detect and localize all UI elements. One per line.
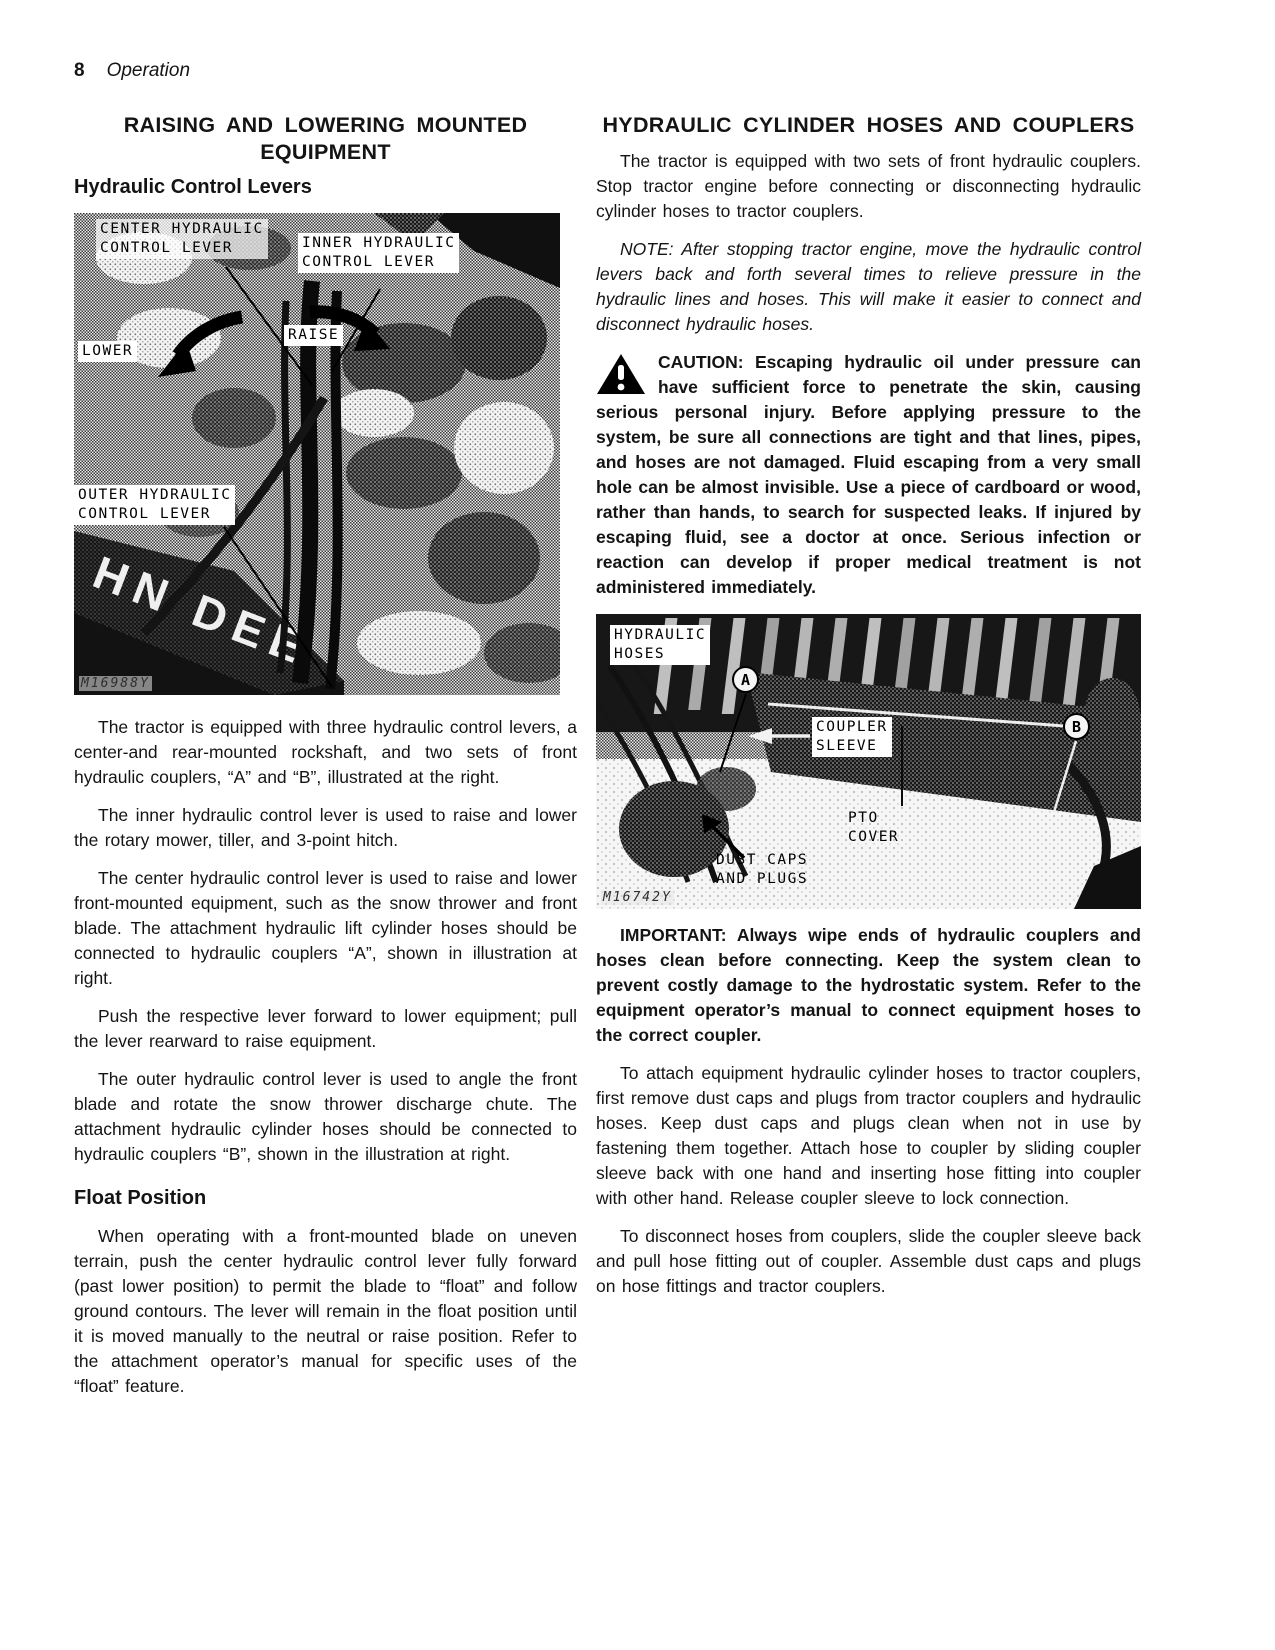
- section-title: Operation: [107, 60, 190, 82]
- paragraph: The outer hydraulic control lever is use…: [74, 1067, 577, 1167]
- photo-label-pto-cover: PTO COVER: [844, 808, 903, 848]
- right-heading: HYDRAULIC CYLINDER HOSES AND COUPLERS: [596, 112, 1141, 139]
- warning-triangle-icon: [596, 353, 646, 395]
- left-column: RAISING AND LOWERING MOUNTED EQUIPMENT H…: [74, 112, 577, 1412]
- paragraph: The center hydraulic control lever is us…: [74, 866, 577, 991]
- photo-id: M16742Y: [601, 890, 674, 905]
- left-heading: RAISING AND LOWERING MOUNTED EQUIPMENT: [74, 112, 577, 166]
- control-levers-photo: HN DEE CENTER HYDR: [74, 213, 560, 695]
- photo-label-lower: LOWER: [78, 341, 137, 362]
- paragraph: The tractor is equipped with three hydra…: [74, 715, 577, 790]
- callout-b: B: [1063, 713, 1090, 740]
- paragraph: To attach equipment hydraulic cylinder h…: [596, 1061, 1141, 1211]
- page-number: 8: [74, 60, 85, 82]
- photo-label-coupler-sleeve: COUPLER SLEEVE: [812, 717, 892, 757]
- left-subheading: Hydraulic Control Levers: [74, 176, 577, 199]
- halftone-photo-art: HN DEE: [74, 213, 560, 695]
- float-position-heading: Float Position: [74, 1187, 577, 1210]
- paragraph: When operating with a front-mounted blad…: [74, 1224, 577, 1399]
- photo-label-inner-lever: INNER HYDRAULIC CONTROL LEVER: [298, 233, 459, 273]
- note-paragraph: NOTE: After stopping tractor engine, mov…: [596, 237, 1141, 337]
- photo-label-center-lever: CENTER HYDRAULIC CONTROL LEVER: [96, 219, 268, 259]
- photo-label-dust-caps: DUST CAPS AND PLUGS: [712, 850, 812, 890]
- photo-label-outer-lever: OUTER HYDRAULIC CONTROL LEVER: [74, 485, 235, 525]
- photo-label-raise: RAISE: [284, 325, 343, 346]
- page-header: 8 Operation: [74, 60, 1275, 82]
- important-paragraph: IMPORTANT: Always wipe ends of hydraulic…: [596, 923, 1141, 1048]
- photo-label-hydraulic-hoses: HYDRAULIC HOSES: [610, 625, 710, 665]
- paragraph: The inner hydraulic control lever is use…: [74, 803, 577, 853]
- photo-id: M16988Y: [79, 676, 152, 691]
- paragraph: The tractor is equipped with two sets of…: [596, 149, 1141, 224]
- right-column: HYDRAULIC CYLINDER HOSES AND COUPLERS Th…: [596, 112, 1141, 1412]
- caution-paragraph: CAUTION: Escaping hydraulic oil under pr…: [596, 350, 1141, 600]
- couplers-photo: HYDRAULIC HOSES A COUPLER SLEEVE B PTO C…: [596, 614, 1141, 909]
- manual-page: 8 Operation RAISING AND LOWERING MOUNTED…: [0, 0, 1275, 1650]
- caution-text: CAUTION: Escaping hydraulic oil under pr…: [596, 352, 1141, 597]
- paragraph: Push the respective lever forward to low…: [74, 1004, 577, 1054]
- paragraph: To disconnect hoses from couplers, slide…: [596, 1224, 1141, 1299]
- callout-a: A: [732, 666, 759, 693]
